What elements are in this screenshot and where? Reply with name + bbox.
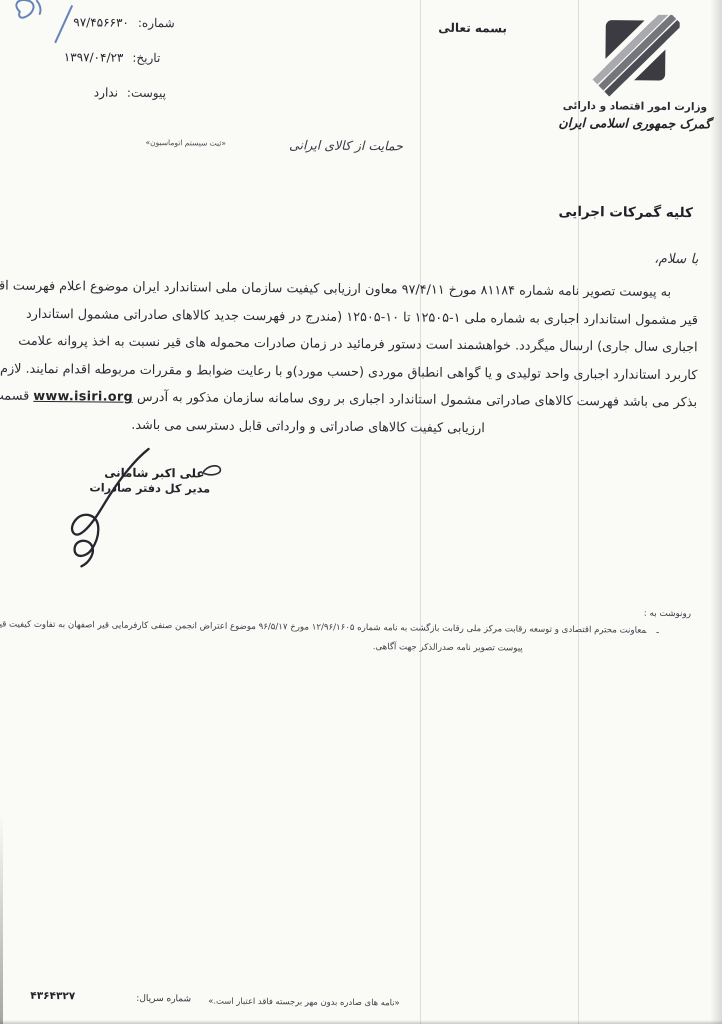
signature-flourish-icon <box>200 462 224 478</box>
cc-section: رونوشت به : ـمعاونت محترم اقتصادی و توسع… <box>19 603 695 655</box>
number-label: شماره: <box>138 16 175 30</box>
cc-item-dash: ـ <box>656 626 659 636</box>
scan-edge-streak <box>0 814 3 1024</box>
besmele-heading: بسمه تعالی <box>413 20 533 35</box>
letter-body: به پیوست تصویر نامه شماره ۸۱۱۸۴ مورخ ۹۷/… <box>27 273 699 445</box>
year-slogan: حمایت از کالای ایرانی <box>258 137 433 154</box>
org-header: وزارت امور اقتصاد و دارائی گمرک جمهوری ا… <box>552 14 719 132</box>
attachment-value: ندارد <box>94 85 118 99</box>
greeting-line: با سلام، <box>654 251 698 267</box>
attachment-label: پیوست: <box>127 86 166 100</box>
cc-item-text: معاونت محترم اقتصادی و توسعه رقابت مرکز … <box>0 619 646 636</box>
scan-edge-shadow <box>0 1020 722 1024</box>
customs-name: گمرک جمهوری اسلامی ایران <box>552 115 718 132</box>
letter-content: شماره: ۹۷/۴۵۶۶۳۰ تاریخ: ۱۳۹۷/۰۴/۲۳ پیوست… <box>0 0 722 1024</box>
letter-date-row: تاریخ: ۱۳۹۷/۰۴/۲۳ <box>24 50 160 65</box>
iran-customs-logo-icon <box>591 14 680 97</box>
scan-edge-shadow <box>710 0 722 1024</box>
automation-registration-note: «ثبت سیستم اتوماسیون» <box>145 138 226 148</box>
cc-item: ـمعاونت محترم اقتصادی و توسعه رقابت مرکز… <box>19 620 659 636</box>
body-line-6: ارزیابی کیفیت کالاهای صادراتی و وارداتی … <box>27 411 485 443</box>
body-line-5-tail: قسمت <box>0 389 29 404</box>
validity-note: «نامه های صادره بدون مهر برجسته فاقد اعت… <box>208 996 400 1008</box>
attachment-row: پیوست: ندارد <box>24 85 166 100</box>
date-value: ۱۳۹۷/۰۴/۲۳ <box>64 50 124 65</box>
ministry-name: وزارت امور اقتصاد و دارائی <box>552 100 718 114</box>
number-value: ۹۷/۴۵۶۶۳۰ <box>73 15 129 30</box>
blue-pen-annotation-icon <box>6 0 78 47</box>
signature-scribble-icon <box>51 445 162 571</box>
cc-label: رونوشت به : <box>19 603 691 619</box>
body-line-5-text: بذکر می باشد فهرست کالاهای صادراتی مشمول… <box>137 390 697 410</box>
date-label: تاریخ: <box>132 51 160 65</box>
serial-number-label: شماره سریال: <box>136 994 191 1005</box>
paper-fold-line <box>578 0 579 1024</box>
isiri-url-text: www.isiri.org <box>33 389 133 405</box>
paper-fold-line <box>420 0 421 1024</box>
cc-item-continued: پیوست تصویر نامه صدرالذکر جهت آگاهی. <box>19 639 523 654</box>
serial-number-value: ۴۳۶۴۳۲۷ <box>30 990 75 1002</box>
scanned-letter-page: شماره: ۹۷/۴۵۶۶۳۰ تاریخ: ۱۳۹۷/۰۴/۲۳ پیوست… <box>0 0 722 1024</box>
